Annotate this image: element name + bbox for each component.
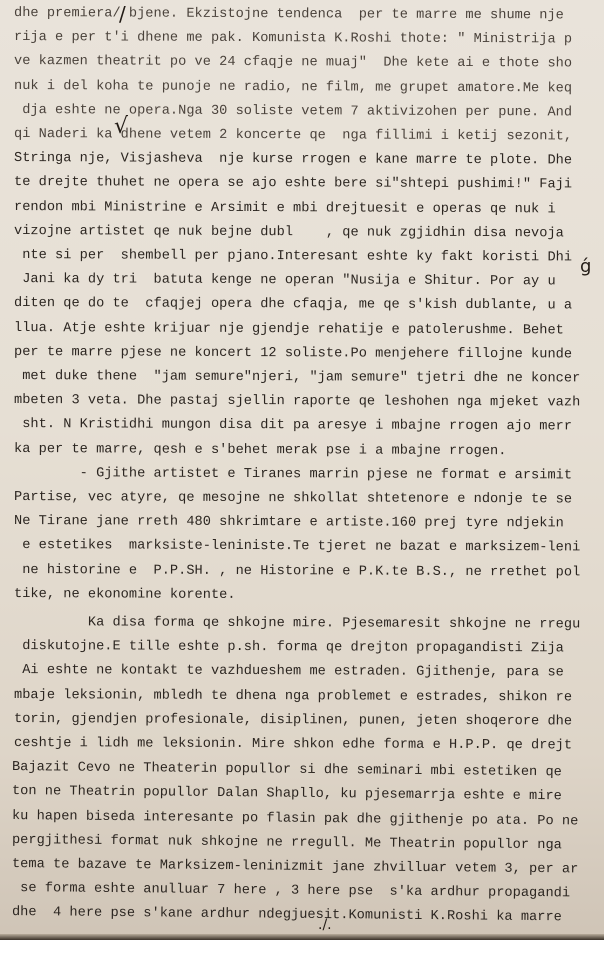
text-line: ka per te marre, qesh e s'behet merak ps… xyxy=(14,442,507,459)
text-line: nte si per shembell per pjano.Interesant… xyxy=(14,248,572,265)
text-line: mbaje leksionin, mbledh te dhena nga pro… xyxy=(14,688,572,705)
text-line: - Gjithe artistet e Tiranes marrin pjese… xyxy=(14,466,572,483)
text-line: pergjithesi format nuk shkojne ne rregul… xyxy=(12,833,562,853)
text-line: ku hapen biseda interesante po flasin pa… xyxy=(12,809,578,829)
text-line: te drejte thuhet ne opera se ajo eshte b… xyxy=(14,175,572,192)
text-line: rija e per t'i dhene me pak. Komunista K… xyxy=(14,30,572,47)
text-line: Bajazit Cevo ne Theaterin popullor si dh… xyxy=(12,760,562,780)
handwritten-check-mark: / xyxy=(119,4,126,24)
text-line: Stringa nje, Visjasheva nje kurse rrogen… xyxy=(14,151,572,168)
text-line: Ai eshte ne kontakt te vazhdueshem me es… xyxy=(14,663,564,680)
text-line: sht. N Kristidhi mungon disa dit pa ares… xyxy=(14,417,572,434)
text-line: ve kazmen theatrit po ve 24 cfaqje ne mu… xyxy=(14,54,572,71)
text-line: vizojne artistet qe nuk bejne dubl , qe … xyxy=(14,224,564,241)
text-line: nuk i del koha te punoje ne radio, ne fi… xyxy=(14,79,572,96)
typewritten-page: dhe premiera/ bjene. Ekzistojne tendenca… xyxy=(0,0,604,940)
text-line: ne historine e P.P.SH. , ne Historine e … xyxy=(14,563,580,580)
text-line: met duke thene "jam semure"njeri, "jam s… xyxy=(14,369,580,386)
text-line: Ka disa forma qe shkojne mire. Pjesemare… xyxy=(14,615,580,632)
handwritten-check-mark: √ xyxy=(114,116,128,138)
text-line: Ne Tirane jane rreth 480 shkrimtare e ar… xyxy=(14,514,564,531)
handwritten-scribble: ǵ xyxy=(580,258,591,276)
text-line: tike, ne ekonomine korente. xyxy=(14,587,236,603)
text-line: Jani ka dy tri batuta kenge ne operan "N… xyxy=(14,272,556,289)
text-line: ceshtje i lidh me leksionin. Mire shkon … xyxy=(14,736,572,753)
text-line: qi Naderi ka dhene vetem 2 koncerte qe n… xyxy=(14,127,572,144)
text-line: ton ne Theatrin popullor Dalan Shapllo, … xyxy=(12,784,562,804)
text-line: Partise, vec atyre, qe mesojne ne shkoll… xyxy=(14,490,572,507)
text-line: dja eshte ne opera.Nga 30 soliste vetem … xyxy=(14,103,572,120)
text-line: tema te bazave te Marksizem-leninizmit j… xyxy=(12,857,578,877)
text-line: mbeten 3 veta. Dhe pastaj sjellin raport… xyxy=(14,393,580,410)
text-line: se forma eshte anulluar 7 here , 3 here … xyxy=(12,881,570,901)
page-continuation-marker: ./. xyxy=(318,918,332,932)
text-line: llua. Atje eshte krijuar nje gjendje reh… xyxy=(14,321,564,338)
text-line: per te marre pjese ne koncert 12 soliste… xyxy=(14,345,572,362)
text-line: diten qe do te cfaqjej opera dhe cfaqja,… xyxy=(14,296,572,313)
text-line: dhe premiera/ bjene. Ekzistojne tendenca… xyxy=(14,6,564,23)
text-line: rendon mbi Ministrine e Arsimit e mbi dr… xyxy=(14,200,556,217)
text-line: torin, gjendjen profesionale, disiplinen… xyxy=(14,712,572,729)
text-line: dhe 4 here pse s'kane ardhur ndegjuesit.… xyxy=(12,905,562,925)
text-line: e estetikes marksiste-leniniste.Te tjere… xyxy=(14,538,580,555)
text-line: diskutojne.E tille eshte p.sh. forma qe … xyxy=(14,639,564,656)
